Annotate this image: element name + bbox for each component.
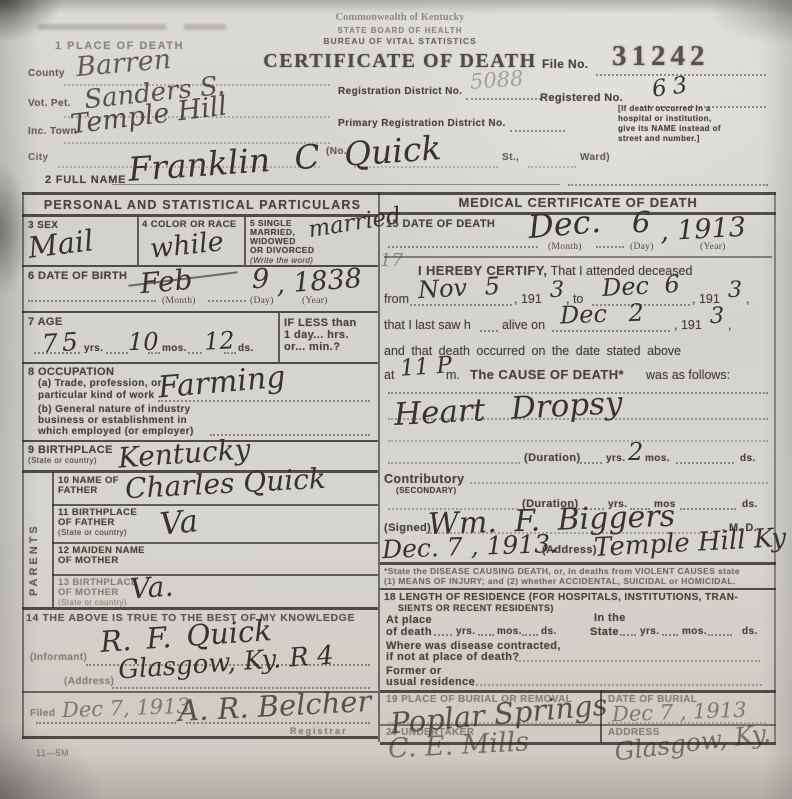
row-rule xyxy=(22,311,378,313)
row-rule xyxy=(22,607,378,610)
certify-from-value: Nov 5 xyxy=(417,274,500,302)
certify-comma: , xyxy=(728,318,731,332)
dob-day-cap: (Day) xyxy=(250,296,274,306)
residence-label-2: SIENTS OR RECENT RESIDENTS) xyxy=(398,603,554,613)
in-the-label: In the xyxy=(594,612,626,625)
race-value: while xyxy=(149,228,225,263)
occupation-b1: (b) General nature of industry xyxy=(38,404,191,416)
father-birthplace-value: Va xyxy=(158,506,199,541)
town-label: Inc. Town xyxy=(28,126,77,138)
occupation-label: 8 OCCUPATION xyxy=(28,366,114,379)
filed-dots xyxy=(36,722,176,724)
signed-rule xyxy=(380,562,776,565)
right-bottom-rule xyxy=(380,742,776,745)
certify-c1: , 191 xyxy=(514,292,542,306)
certify-from-year-digit: 3 xyxy=(550,280,564,302)
res-yrs-2: yrs. xyxy=(640,626,659,638)
sex-cell-border xyxy=(137,217,139,265)
death-certificate-scan: 1 PLACE OF DEATH Commonwealth of Kentuck… xyxy=(0,0,792,799)
age-days-value: 12 xyxy=(203,328,235,354)
res-mos-2: mos. xyxy=(682,626,707,638)
lastsaw-year-digit: 3 xyxy=(710,306,724,328)
father-name-value: Charles Quick xyxy=(124,465,326,503)
ifless-line-3: or... min.? xyxy=(284,341,340,354)
certify-dots xyxy=(552,330,670,332)
date-of-death-year: , 1913 xyxy=(659,214,746,245)
full-name-line xyxy=(112,184,560,185)
age-months-value: 10 xyxy=(128,330,159,354)
duration2-ds: ds. xyxy=(742,499,758,511)
filed-label: Filed xyxy=(30,708,55,720)
file-no-label: File No. xyxy=(542,58,589,72)
duration1-mos: mos. xyxy=(645,453,670,465)
mother-birthplace-sub: (State or country) xyxy=(58,598,127,607)
full-name-dots xyxy=(568,184,768,186)
registrar-label: Registrar xyxy=(290,726,348,736)
certify-item-no: 17 xyxy=(380,252,403,270)
undertaker-value: C. E. Mills xyxy=(387,728,529,762)
lastsaw-value: Dec 2 xyxy=(560,301,645,328)
age-ds-unit: ds. xyxy=(238,343,254,355)
contributory-label: Contributory xyxy=(384,472,464,486)
lastsaw-blank-dots xyxy=(480,330,498,332)
father-birthplace-sub: (State or country) xyxy=(58,528,127,537)
res-dots xyxy=(478,634,494,636)
certify-comma: , xyxy=(746,292,749,306)
certify-to-year-digit: 3 xyxy=(728,280,742,302)
certify-from-label: from xyxy=(384,292,409,306)
at-place-1: At place xyxy=(386,614,432,627)
full-name-value: Franklin C Quick xyxy=(127,131,442,186)
registration-district-value: 5088 xyxy=(469,68,524,93)
certify-to-value: Dec 6 xyxy=(601,272,680,300)
res-dots xyxy=(662,634,678,636)
hospital-note-2: hospital or institution, xyxy=(618,114,712,123)
dob-label: 6 DATE OF BIRTH xyxy=(28,270,127,283)
former-line-2: usual residence xyxy=(386,676,475,689)
occupation-b3: which employed (or employer) xyxy=(38,426,194,438)
ifless-line-1: IF LESS than xyxy=(284,317,357,330)
at-place-2: of death xyxy=(386,626,432,639)
res-mos-1: mos. xyxy=(497,626,522,638)
cause-rest: was as follows: xyxy=(646,368,730,382)
column-divider xyxy=(378,192,380,742)
state-label: State xyxy=(590,626,619,639)
former-dots xyxy=(472,684,762,686)
stamp-smudge xyxy=(184,24,226,30)
res-ds-2: ds. xyxy=(742,626,758,638)
res-yrs-1: yrs. xyxy=(456,626,475,638)
file-no-value: 31242 xyxy=(612,40,710,73)
hospital-note-4: street and number.] xyxy=(618,134,700,143)
res-ds-1: ds. xyxy=(541,626,557,638)
time-of-death-value: 11 P xyxy=(399,354,453,381)
lastsaw-pre: that I last saw h xyxy=(384,318,471,332)
board-line: STATE BOARD OF HEALTH xyxy=(260,26,540,35)
contracted-line-2: if not at place of death? xyxy=(386,651,519,664)
left-frame-line xyxy=(22,192,24,738)
age-dots xyxy=(34,352,80,354)
informant-address-label: (Address) xyxy=(64,676,114,688)
dod-dots-2 xyxy=(596,246,624,248)
contracted-dots xyxy=(516,660,760,662)
lastsaw-post: alive on xyxy=(502,318,545,332)
secondary-label: (SECONDARY) xyxy=(396,486,457,495)
occupation-a1: (a) Trade, profession, or xyxy=(38,378,162,390)
dob-dots-2 xyxy=(208,300,246,302)
occupation-a2: particular kind of work xyxy=(38,390,154,402)
primary-registration-label: Primary Registration District No. xyxy=(338,118,506,130)
cause-footnote-2: (1) MEANS OF INJURY; and (2) whether ACC… xyxy=(384,577,736,587)
cause-of-death-bold: The CAUSE OF DEATH* xyxy=(470,368,624,383)
hospital-note-3: give its NAME instead of xyxy=(618,124,721,133)
county-label: County xyxy=(28,68,65,80)
dod-year-cap: (Year) xyxy=(700,242,726,252)
cause-dots-3 xyxy=(388,440,768,442)
duration2-dots xyxy=(680,508,736,510)
city-st-line xyxy=(528,166,576,168)
dob-year-value: , 1838 xyxy=(275,265,363,298)
mother-name-label-2: OF MOTHER xyxy=(58,556,119,567)
occupation-b2: business or establishment in xyxy=(38,415,187,427)
age-label: 7 AGE xyxy=(28,316,63,329)
commonwealth-line: Commonwealth of Kentucky xyxy=(260,12,540,23)
filed-date-value: Dec 7, 1913 xyxy=(62,696,191,721)
registered-no-value: 63 xyxy=(651,73,695,102)
duration1-label: (Duration) xyxy=(524,452,581,465)
certify-dots xyxy=(410,304,512,306)
signed-date-value: Dec. 7 , 1913. xyxy=(382,531,559,562)
contributory-dots xyxy=(470,482,768,484)
precinct-label: Vot. Pet. xyxy=(28,98,71,110)
physician-address-label: (Address) xyxy=(542,544,597,557)
city-label: City xyxy=(28,152,49,164)
duration1-dots xyxy=(388,462,520,464)
personal-section-title: PERSONAL AND STATISTICAL PARTICULARS xyxy=(30,198,375,212)
date-of-death-label: 15 DATE OF DEATH xyxy=(386,218,495,231)
ifless-line-2: 1 day... hrs. xyxy=(284,329,349,342)
dob-dots xyxy=(28,300,156,302)
birthplace-sub: (State or country) xyxy=(28,456,97,465)
stamp-smudge xyxy=(38,24,166,30)
age-yrs-unit: yrs. xyxy=(84,343,103,355)
duration1-yrs: yrs. xyxy=(606,453,625,465)
dob-month-cap: (Month) xyxy=(162,296,196,306)
form-number: 11—5M xyxy=(36,748,69,758)
res-dots xyxy=(434,634,452,636)
burial-cell-divider xyxy=(600,690,602,742)
res-dots xyxy=(522,634,538,636)
sex-value: Mail xyxy=(26,226,95,263)
registration-district-line xyxy=(466,98,541,100)
residence-label-1: 18 LENGTH OF RESIDENCE (FOR HOSPITALS, I… xyxy=(384,592,738,604)
date-of-death-month: Dec. xyxy=(527,205,602,243)
age-dots xyxy=(148,352,160,354)
dob-year-cap: (Year) xyxy=(302,296,328,306)
primary-registration-line xyxy=(510,130,565,132)
city-st-label: St., xyxy=(502,152,519,164)
date-of-death-day: 6 xyxy=(632,208,650,237)
father-name-label-2: FATHER xyxy=(58,486,98,497)
footnote-rule xyxy=(380,588,776,590)
race-cell-border xyxy=(244,217,246,265)
res-dots xyxy=(620,634,636,636)
row-rule-thin xyxy=(52,504,378,506)
row-rule xyxy=(22,362,378,364)
duration1-mos-value: 2 xyxy=(628,440,643,464)
city-ward-label: Ward) xyxy=(580,152,610,164)
parents-strip-border xyxy=(52,472,54,608)
m-label: m. xyxy=(446,368,460,382)
dod-month-cap: (Month) xyxy=(548,242,582,252)
right-frame-line xyxy=(774,192,776,742)
bureau-line: BUREAU OF VITAL STATISTICS xyxy=(260,37,540,47)
certify-c3: , 191 xyxy=(674,318,702,332)
dod-day-cap: (Day) xyxy=(630,242,654,252)
at-label: at xyxy=(384,368,394,382)
marital-label-4: OR DIVORCED xyxy=(250,246,314,256)
age-dots xyxy=(106,352,128,354)
row-rule-thin xyxy=(52,542,378,544)
dod-dots xyxy=(388,246,538,248)
res-dots xyxy=(708,634,732,636)
age-dots xyxy=(188,352,202,354)
dod-rule xyxy=(384,256,772,258)
parents-label: PARENTS xyxy=(28,486,41,596)
age-dots xyxy=(224,352,236,354)
occupation-value: Farming xyxy=(157,362,287,403)
dob-day-value: 9 xyxy=(252,266,269,293)
cause-of-death-value: Heart Dropsy xyxy=(393,388,623,431)
duration1-dots xyxy=(580,462,602,464)
registrar-dots xyxy=(186,722,370,724)
informant-label: (Informant) xyxy=(30,652,87,664)
registrar-signature: A. R. Belcher xyxy=(177,687,372,726)
county-value: Barren xyxy=(75,46,172,81)
left-bottom-rule xyxy=(22,736,378,739)
age-mos-unit: mos. xyxy=(162,343,187,355)
row-rule-thin xyxy=(52,574,378,576)
ifless-cell-border xyxy=(278,313,280,362)
hospital-note-1: [If death occurred in a xyxy=(618,104,711,113)
registration-district-label: Registration District No. xyxy=(338,86,462,98)
duration1-dots xyxy=(676,462,734,464)
birthplace-label: 9 BIRTHPLACE xyxy=(28,444,113,457)
mother-birthplace-value: Va. xyxy=(129,573,174,604)
registered-no-label: Registered No. xyxy=(540,92,623,105)
cause-dots-2 xyxy=(388,418,768,420)
duration1-ds: ds. xyxy=(740,453,756,465)
